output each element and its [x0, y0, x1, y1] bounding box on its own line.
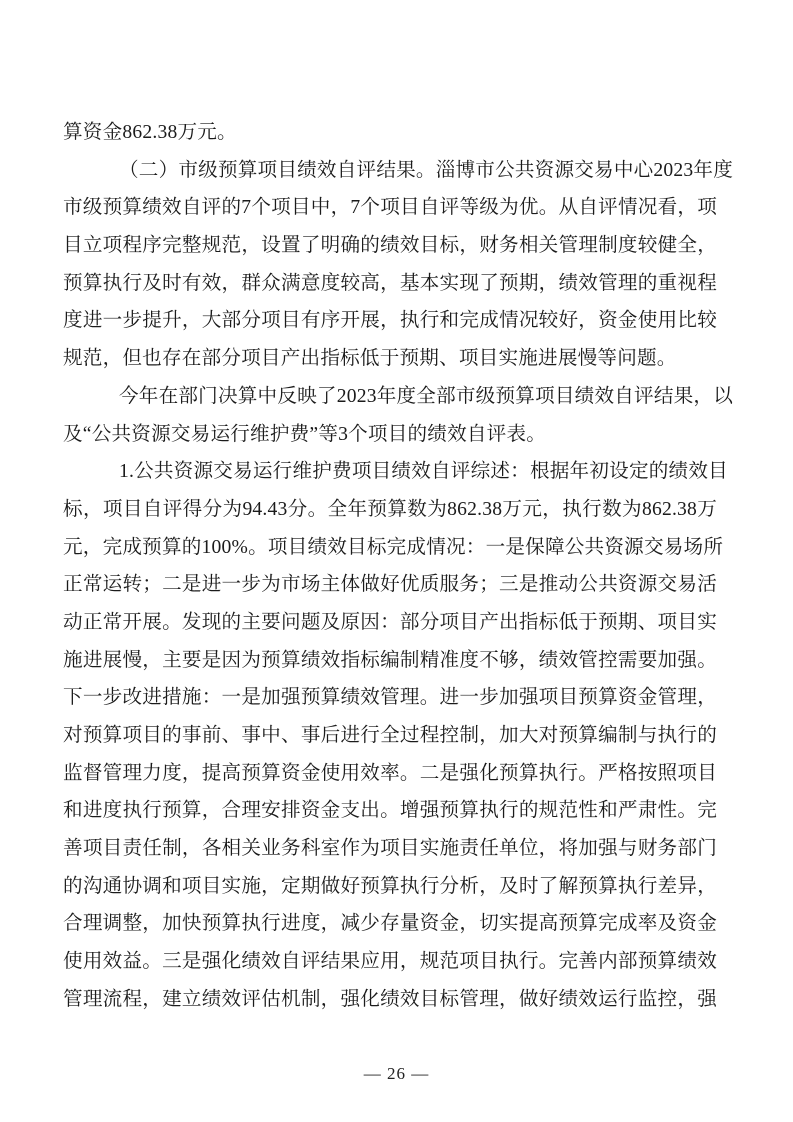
text-line: 合理调整，加快预算执行进度，减少存量资金，切实提高预算完成率及资金	[63, 905, 717, 943]
page-number: — 26 —	[0, 1062, 793, 1086]
document-page: 算资金862.38万元。 （二）市级预算项目绩效自评结果。淄博市公共资源交易中心…	[0, 0, 793, 1122]
text-line: 元，完成预算的100%。项目绩效目标完成情况：一是保障公共资源交易场所	[63, 529, 717, 567]
document-body: 算资金862.38万元。 （二）市级预算项目绩效自评结果。淄博市公共资源交易中心…	[63, 114, 717, 1019]
text-line: （二）市级预算项目绩效自评结果。淄博市公共资源交易中心2023年度	[63, 152, 717, 190]
text-line: 算资金862.38万元。	[63, 114, 717, 152]
text-line: 规范，但也存在部分项目产出指标低于预期、项目实施进展慢等问题。	[63, 340, 717, 378]
text-line: 今年在部门决算中反映了2023年度全部市级预算项目绩效自评结果，以	[63, 378, 717, 416]
text-line: 的沟通协调和项目实施，定期做好预算执行分析，及时了解预算执行差异，	[63, 868, 717, 906]
text-line: 监督管理力度，提高预算资金使用效率。二是强化预算执行。严格按照项目	[63, 755, 717, 793]
text-line: 和进度执行预算，合理安排资金支出。增强预算执行的规范性和严肃性。完	[63, 792, 717, 830]
text-line: 目立项程序完整规范，设置了明确的绩效目标，财务相关管理制度较健全，	[63, 227, 717, 265]
text-line: 使用效益。三是强化绩效自评结果应用，规范项目执行。完善内部预算绩效	[63, 943, 717, 981]
text-line: 对预算项目的事前、事中、事后进行全过程控制，加大对预算编制与执行的	[63, 717, 717, 755]
text-line: 1.公共资源交易运行维护费项目绩效自评综述：根据年初设定的绩效目	[63, 453, 717, 491]
text-line: 市级预算绩效自评的7个项目中，7个项目自评等级为优。从自评情况看，项	[63, 189, 717, 227]
text-line: 标，项目自评得分为94.43分。全年预算数为862.38万元，执行数为862.3…	[63, 491, 717, 529]
text-line: 及“公共资源交易运行维护费”等3个项目的绩效自评表。	[63, 416, 717, 454]
text-line: 施进展慢，主要是因为预算绩效指标编制精准度不够，绩效管控需要加强。	[63, 642, 717, 680]
text-line: 善项目责任制，各相关业务科室作为项目实施责任单位，将加强与财务部门	[63, 830, 717, 868]
text-line: 度进一步提升，大部分项目有序开展，执行和完成情况较好，资金使用比较	[63, 302, 717, 340]
text-line: 正常运转；二是进一步为市场主体做好优质服务；三是推动公共资源交易活	[63, 566, 717, 604]
text-line: 管理流程，建立绩效评估机制，强化绩效目标管理，做好绩效运行监控，强	[63, 981, 717, 1019]
text-line: 下一步改进措施：一是加强预算绩效管理。进一步加强项目预算资金管理，	[63, 679, 717, 717]
text-line: 动正常开展。发现的主要问题及原因：部分项目产出指标低于预期、项目实	[63, 604, 717, 642]
text-line: 预算执行及时有效，群众满意度较高，基本实现了预期，绩效管理的重视程	[63, 265, 717, 303]
